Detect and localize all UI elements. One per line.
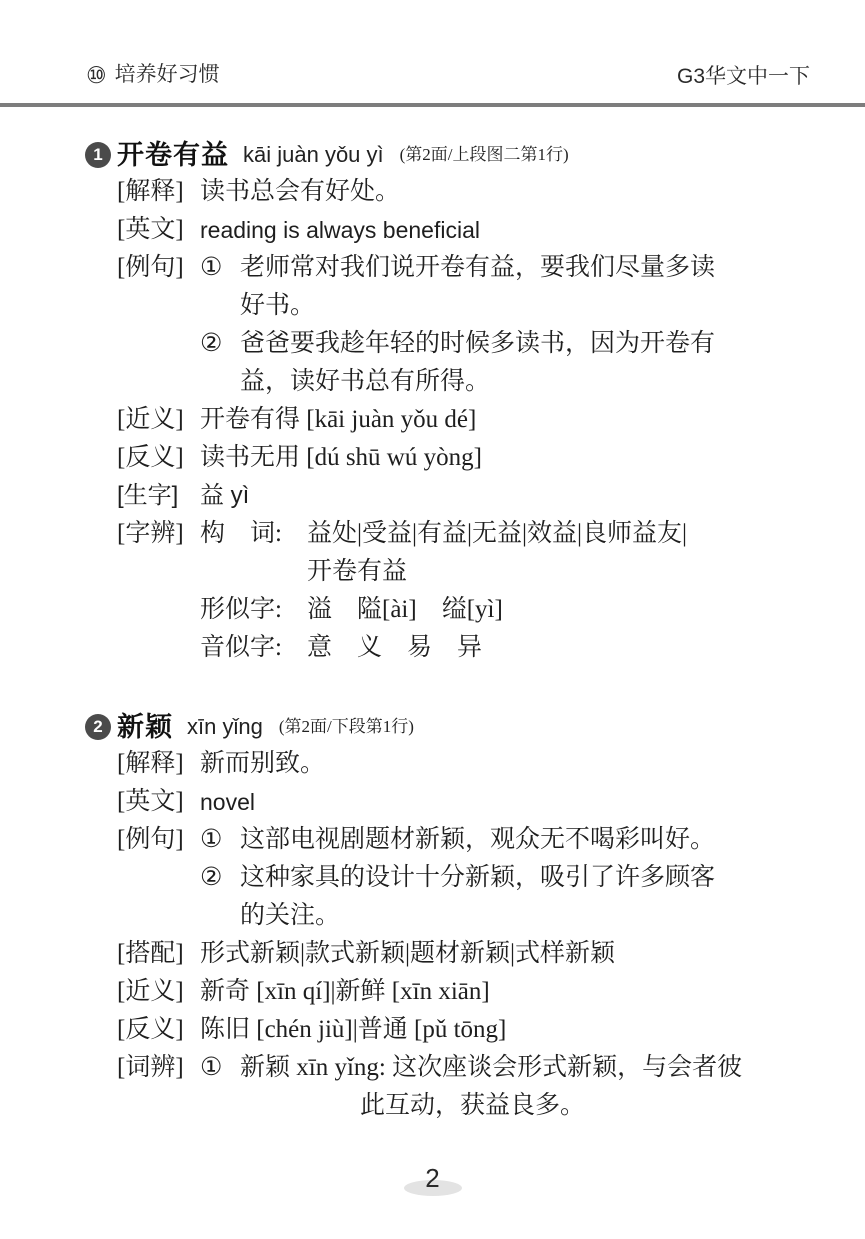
near-synonym-row: [近义] 新奇 [xīn qí]|新鲜 [xīn xiān]	[117, 973, 787, 1011]
header-divider	[0, 103, 865, 107]
book-title: G3华文中一下	[677, 64, 810, 90]
similar-shape-text: 溢 隘[ài] 缢[yì]	[307, 591, 787, 629]
word-discrimination-lines: 新颖 xīn yǐng: 这次座谈会形式新颖，与会者彼 此互动，获益良多。	[240, 1049, 742, 1125]
word-discrimination-line1: 新颖 xīn yǐng: 这次座谈会形式新颖，与会者彼	[240, 1049, 742, 1087]
entry-number-badge: 2	[85, 714, 111, 740]
page-number: 2	[404, 1164, 462, 1192]
section-label: [解释]	[117, 173, 200, 211]
word-discrimination-line2: 此互动，获益良多。	[360, 1087, 742, 1125]
example-text: 这部电视剧题材新颖，观众无不喝彩叫好。	[240, 821, 787, 859]
example-text: 这种家具的设计十分新颖，吸引了许多顾客 的关注。	[240, 859, 787, 935]
entry-headword: 新颖	[117, 709, 173, 745]
similar-sound-row: 音似字: 意 义 易 异	[200, 629, 787, 667]
char-discrimination-row: [字辨] 构 词: 益处|受益|有益|无益|效益|良师益友| 开卷有益 形似字:…	[117, 515, 787, 667]
word-discrimination-row: [词辨] ① 新颖 xīn yǐng: 这次座谈会形式新颖，与会者彼 此互动，获…	[117, 1049, 787, 1125]
english-row: [英文] reading is always beneficial	[117, 211, 787, 249]
near-synonym-row: [近义] 开卷有得 [kāi juàn yǒu dé]	[117, 401, 787, 439]
near-synonym-text: 新奇 [xīn qí]|新鲜 [xīn xiān]	[200, 973, 787, 1011]
collocation-row: [搭配] 形式新颖|款式新颖|题材新颖|式样新颖	[117, 935, 787, 973]
example-text: 爸爸要我趁年轻的时候多读书，因为开卷有 益，读好书总有所得。	[240, 325, 787, 401]
explanation-text: 新而别致。	[200, 745, 787, 783]
explanation-row: [解释] 新而别致。	[117, 745, 787, 783]
entry-source-ref: (第2面/下段第1行)	[279, 709, 414, 745]
circled-one-icon: ①	[200, 249, 240, 287]
section-label: [近义]	[117, 973, 200, 1011]
page-footer: 2	[0, 1164, 865, 1196]
entry-pinyin: xīn yǐng	[187, 709, 263, 745]
word-discrimination-item: ① 新颖 xīn yǐng: 这次座谈会形式新颖，与会者彼 此互动，获益良多。	[200, 1049, 787, 1125]
circled-one-icon: ①	[200, 1049, 240, 1087]
page-number-capsule: 2	[404, 1164, 462, 1196]
lesson-header: ⑩ 培养好习惯	[86, 62, 220, 88]
similar-sound-text: 意 义 易 异	[307, 629, 787, 667]
antonym-row: [反义] 陈旧 [chén jiù]|普通 [pǔ tōng]	[117, 1011, 787, 1049]
english-text: novel	[200, 783, 787, 821]
lesson-title: 培养好习惯	[115, 62, 220, 88]
new-character-text: 益 yì	[200, 477, 787, 515]
sub-label: 构 词:	[200, 515, 307, 553]
circled-ten-icon: ⑩	[86, 62, 107, 88]
new-character-row: [生字] 益 yì	[117, 477, 787, 515]
example-list: ① 这部电视剧题材新颖，观众无不喝彩叫好。 ② 这种家具的设计十分新颖，吸引了许…	[200, 821, 787, 935]
section-label: [近义]	[117, 401, 200, 439]
explanation-text: 读书总会有好处。	[200, 173, 787, 211]
section-label: [生字]	[117, 477, 200, 515]
example-item: ② 爸爸要我趁年轻的时候多读书，因为开卷有 益，读好书总有所得。	[200, 325, 787, 401]
examples-row: [例句] ① 这部电视剧题材新颖，观众无不喝彩叫好。 ② 这种家具的设计十分新颖…	[117, 821, 787, 935]
section-label: [例句]	[117, 249, 200, 287]
antonym-text: 陈旧 [chén jiù]|普通 [pǔ tōng]	[200, 1011, 787, 1049]
entry-source-ref: (第2面/上段图二第1行)	[400, 137, 569, 173]
examples-row: [例句] ① 老师常对我们说开卷有益，要我们尽量多读 好书。 ② 爸爸要我趁年轻…	[117, 249, 787, 401]
english-text: reading is always beneficial	[200, 211, 787, 249]
section-label: [搭配]	[117, 935, 200, 973]
antonym-row: [反义] 读书无用 [dú shū wú yòng]	[117, 439, 787, 477]
example-item: ① 老师常对我们说开卷有益，要我们尽量多读 好书。	[200, 249, 787, 325]
example-item: ① 这部电视剧题材新颖，观众无不喝彩叫好。	[200, 821, 787, 859]
near-synonym-text: 开卷有得 [kāi juàn yǒu dé]	[200, 401, 787, 439]
entry-xinying: 2 新颖 xīn yǐng (第2面/下段第1行) [解释] 新而别致。 [英文…	[85, 709, 787, 1125]
section-label: [例句]	[117, 821, 200, 859]
section-label: [英文]	[117, 211, 200, 249]
sub-label: 音似字:	[200, 629, 307, 667]
page-content: 1 开卷有益 kāi juàn yǒu yì (第2面/上段图二第1行) [解释…	[0, 137, 865, 1125]
section-label: [解释]	[117, 745, 200, 783]
entry-heading: 2 新颖 xīn yǐng (第2面/下段第1行)	[85, 709, 787, 745]
antonym-text: 读书无用 [dú shū wú yòng]	[200, 439, 787, 477]
similar-shape-row: 形似字: 溢 隘[ài] 缢[yì]	[200, 591, 787, 629]
circled-two-icon: ②	[200, 325, 240, 363]
entry-heading: 1 开卷有益 kāi juàn yǒu yì (第2面/上段图二第1行)	[85, 137, 787, 173]
sub-label: 形似字:	[200, 591, 307, 629]
entry-pinyin: kāi juàn yǒu yì	[243, 137, 384, 173]
collocation-text: 形式新颖|款式新颖|题材新颖|式样新颖	[200, 935, 787, 973]
section-label: [字辨]	[117, 515, 200, 553]
english-row: [英文] novel	[117, 783, 787, 821]
section-label: [词辨]	[117, 1049, 200, 1087]
textbook-page: ⑩ 培养好习惯 G3华文中一下 1 开卷有益 kāi juàn yǒu yì (…	[0, 0, 865, 1239]
entry-body: [解释] 读书总会有好处。 [英文] reading is always ben…	[117, 173, 787, 667]
section-label: [英文]	[117, 783, 200, 821]
page-header: ⑩ 培养好习惯 G3华文中一下	[0, 0, 865, 90]
section-label: [反义]	[117, 1011, 200, 1049]
word-formation-row: 构 词: 益处|受益|有益|无益|效益|良师益友| 开卷有益	[200, 515, 787, 591]
char-discrimination-table: 构 词: 益处|受益|有益|无益|效益|良师益友| 开卷有益 形似字: 溢 隘[…	[200, 515, 787, 667]
circled-two-icon: ②	[200, 859, 240, 897]
example-item: ② 这种家具的设计十分新颖，吸引了许多顾客 的关注。	[200, 859, 787, 935]
word-formation-text: 益处|受益|有益|无益|效益|良师益友| 开卷有益	[307, 515, 787, 591]
explanation-row: [解释] 读书总会有好处。	[117, 173, 787, 211]
entry-kaijuanyouyi: 1 开卷有益 kāi juàn yǒu yì (第2面/上段图二第1行) [解释…	[85, 137, 787, 667]
example-text: 老师常对我们说开卷有益，要我们尽量多读 好书。	[240, 249, 787, 325]
entry-number-badge: 1	[85, 142, 111, 168]
section-label: [反义]	[117, 439, 200, 477]
circled-one-icon: ①	[200, 821, 240, 859]
example-list: ① 老师常对我们说开卷有益，要我们尽量多读 好书。 ② 爸爸要我趁年轻的时候多读…	[200, 249, 787, 401]
entry-body: [解释] 新而别致。 [英文] novel [例句] ① 这部电视剧题材新颖，观…	[117, 745, 787, 1125]
entry-headword: 开卷有益	[117, 137, 229, 173]
